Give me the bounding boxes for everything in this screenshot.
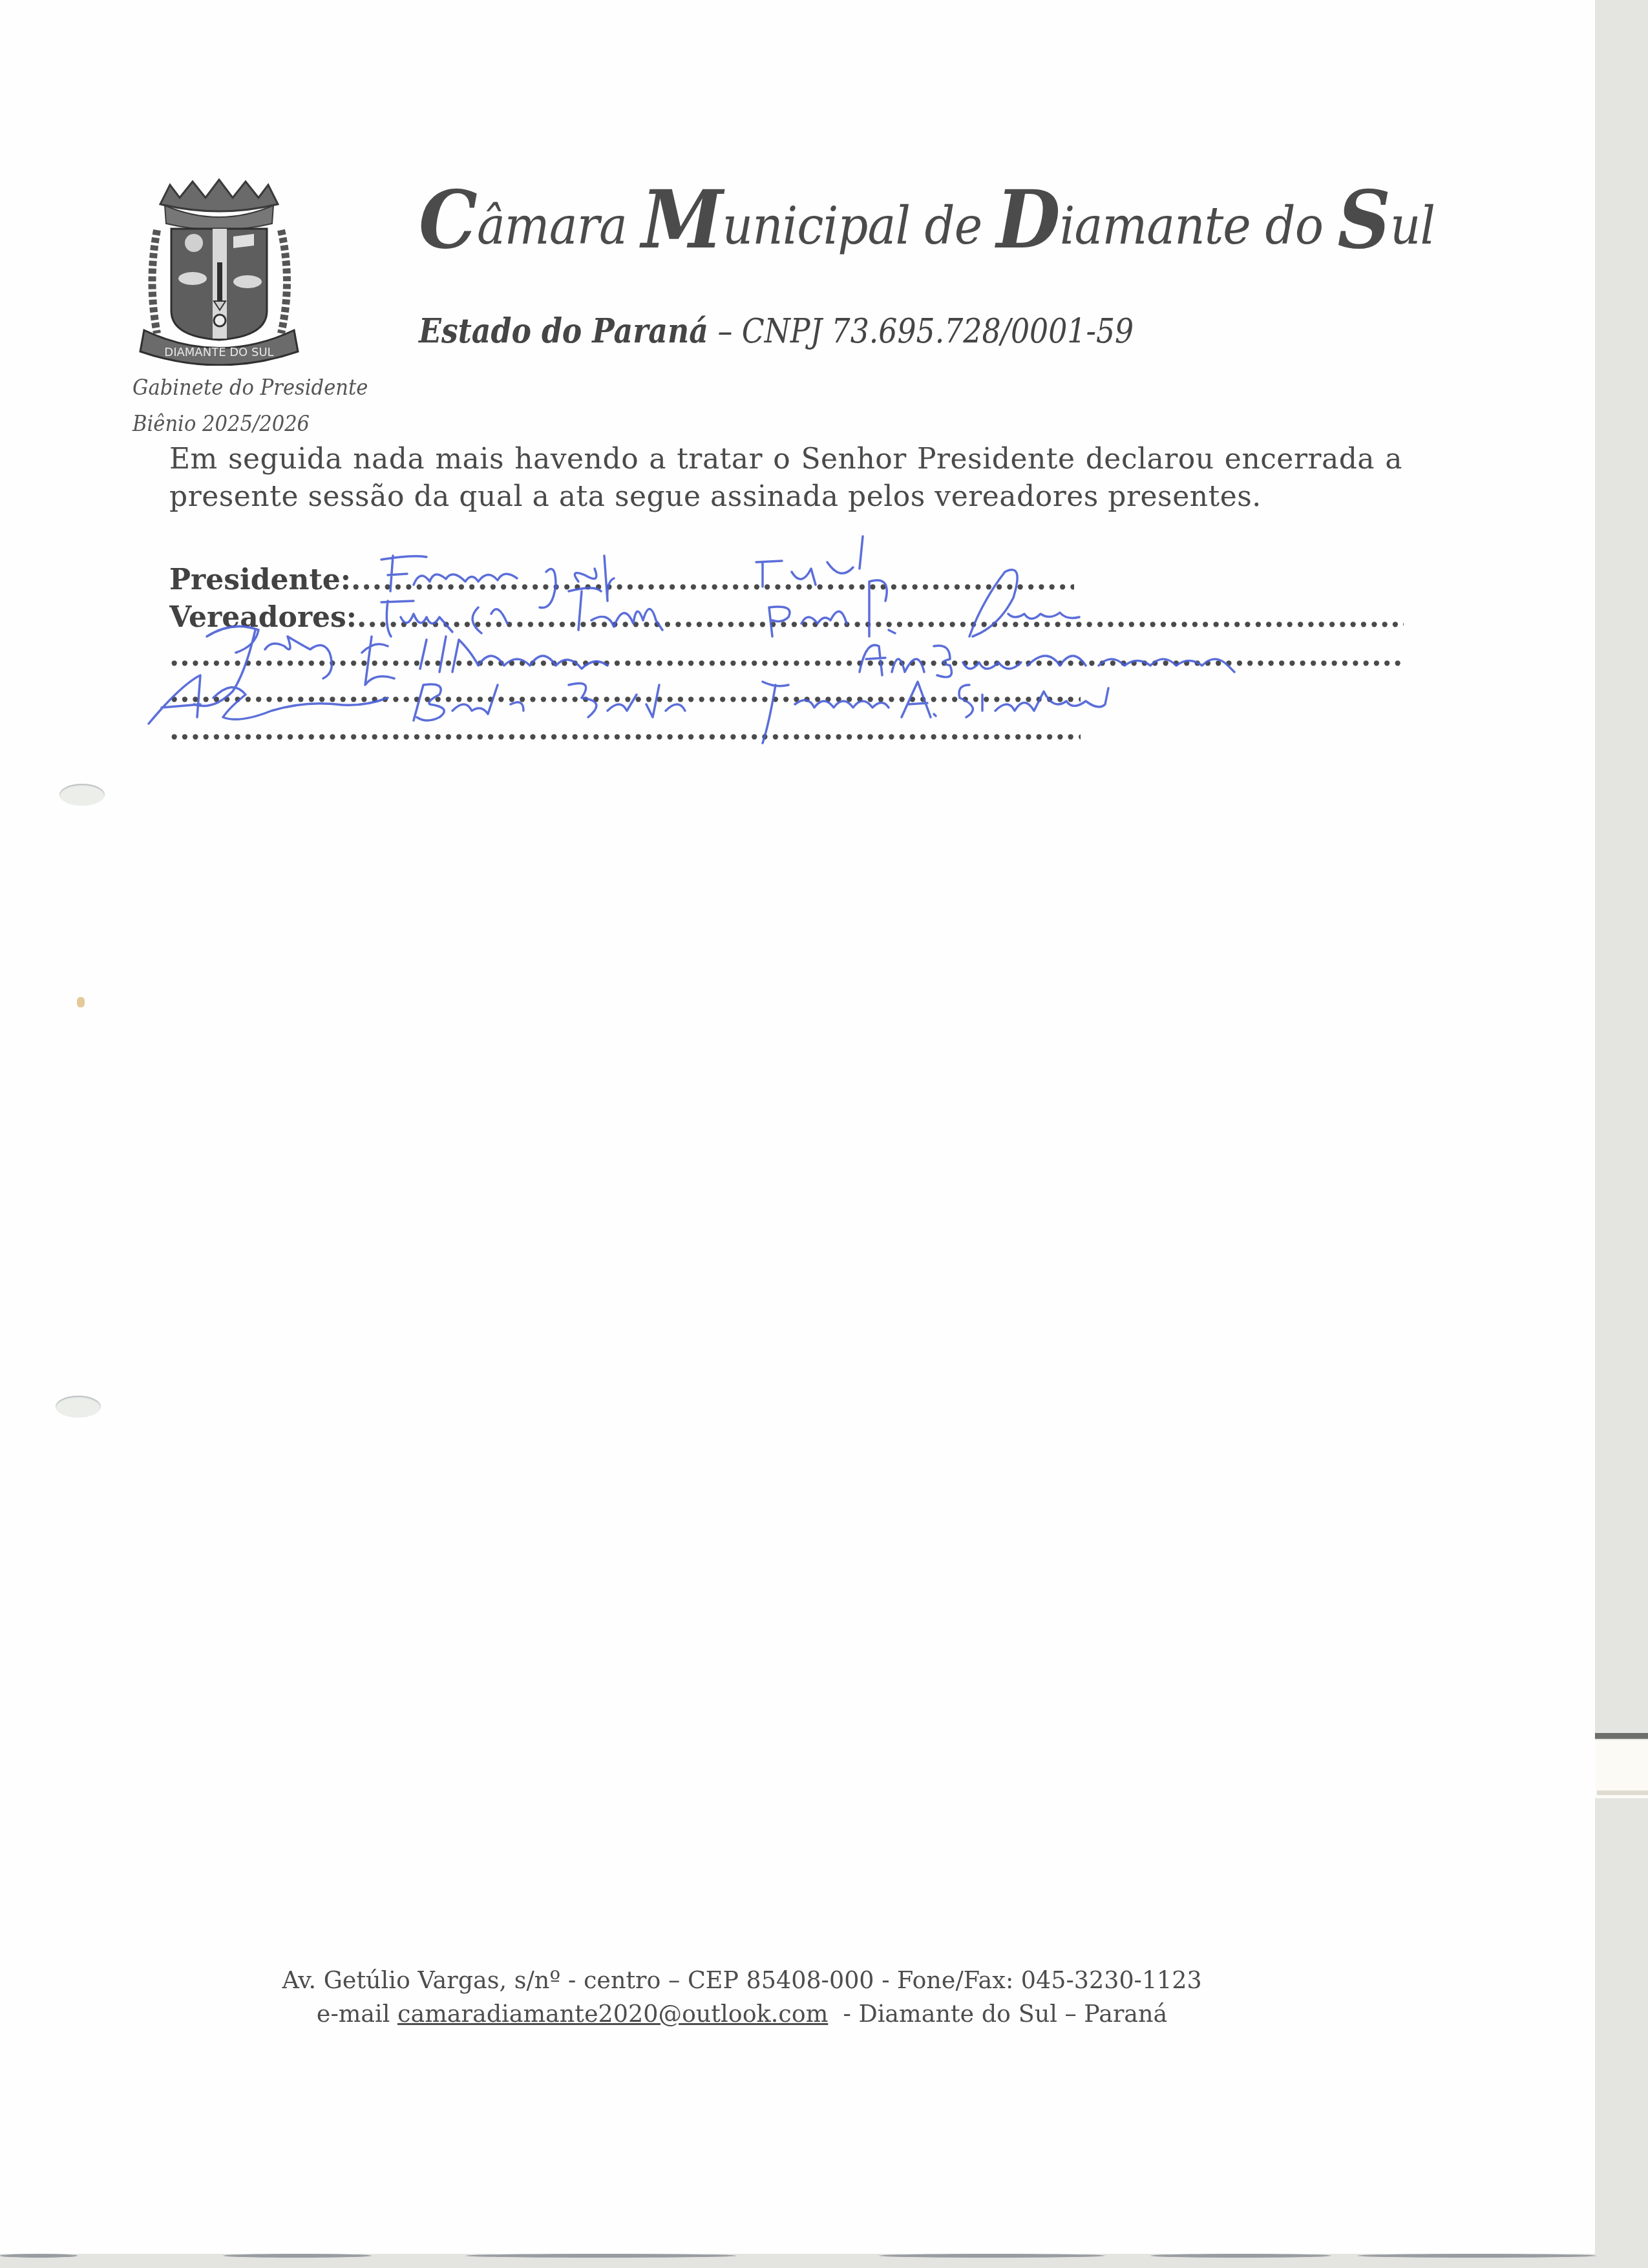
dotted-line: ........................................… xyxy=(169,676,1081,709)
office-info: Gabinete do Presidente Biênio 2025/2026 xyxy=(132,370,368,442)
dotted-line: ........................................… xyxy=(357,601,1404,634)
email-link[interactable]: camaradiamante2020@outlook.com xyxy=(397,1999,828,2028)
dotted-line: ........................................… xyxy=(351,563,1074,596)
page-edge-shadow xyxy=(1150,2254,1331,2258)
blank-signature-line: ........................................… xyxy=(169,640,1404,673)
state-name: Estado do Paraná xyxy=(419,311,708,351)
title-part: unicipal de xyxy=(723,196,997,256)
scanner-mark-line xyxy=(1597,1790,1648,1795)
president-signature-line: Presidente:.............................… xyxy=(169,563,1074,596)
dotted-line: ........................................… xyxy=(169,713,1081,746)
svg-text:DIAMANTE DO SUL: DIAMANTE DO SUL xyxy=(164,346,273,359)
title-initial: M xyxy=(641,173,722,267)
cnpj: CNPJ 73.695.728/0001-59 xyxy=(742,312,1134,351)
title-initial: S xyxy=(1338,173,1390,267)
subtitle-separator: – xyxy=(708,312,742,351)
footer-location: - Diamante do Sul – Paraná xyxy=(828,1999,1167,2028)
scanner-mark-light xyxy=(1595,1740,1648,1798)
blank-signature-line: ........................................… xyxy=(169,676,1081,709)
letterhead-footer: Av. Getúlio Vargas, s/nº - centro – CEP … xyxy=(30,1963,1561,2030)
scanner-edge-right xyxy=(1595,0,1648,2268)
title-part: âmara xyxy=(477,196,641,256)
councilors-label: Vereadores: xyxy=(169,601,357,634)
footer-address: Av. Getúlio Vargas, s/nº - centro – CEP … xyxy=(0,1963,1508,1997)
email-prefix: e-mail xyxy=(317,1999,397,2028)
blank-signature-line: ........................................… xyxy=(169,713,1081,746)
page-edge-shadow xyxy=(465,2254,737,2258)
office-name: Gabinete do Presidente xyxy=(132,370,368,406)
page-edge-shadow xyxy=(1357,2254,1596,2258)
punch-hole xyxy=(56,1396,101,1418)
closing-paragraph: Em seguida nada mais havendo a tratar o … xyxy=(169,441,1402,516)
president-label: Presidente: xyxy=(169,563,351,596)
institution-subtitle: Estado do Paraná – CNPJ 73.695.728/0001-… xyxy=(419,311,1134,351)
page-edge-shadow xyxy=(223,2254,372,2258)
dotted-line: ........................................… xyxy=(169,640,1404,673)
page-edge-shadow xyxy=(879,2254,1105,2258)
title-part: ul xyxy=(1390,196,1435,256)
title-initial: C xyxy=(419,173,477,267)
scanner-mark xyxy=(1595,1733,1648,1739)
title-part: iamante do xyxy=(1060,196,1338,256)
councilors-signature-line: Vereadores:.............................… xyxy=(169,601,1404,634)
term-period: Biênio 2025/2026 xyxy=(132,406,368,442)
page-edge-shadow xyxy=(0,2254,78,2258)
paper-speck xyxy=(77,997,85,1007)
coat-of-arms-icon: DIAMANTE DO SUL xyxy=(131,178,307,366)
punch-hole xyxy=(59,784,105,806)
footer-contact: e-mail camaradiamante2020@outlook.com - … xyxy=(0,1997,1508,2030)
institution-title: Câmara Municipal de Diamante do Sul xyxy=(419,173,1435,267)
title-initial: D xyxy=(997,173,1060,267)
